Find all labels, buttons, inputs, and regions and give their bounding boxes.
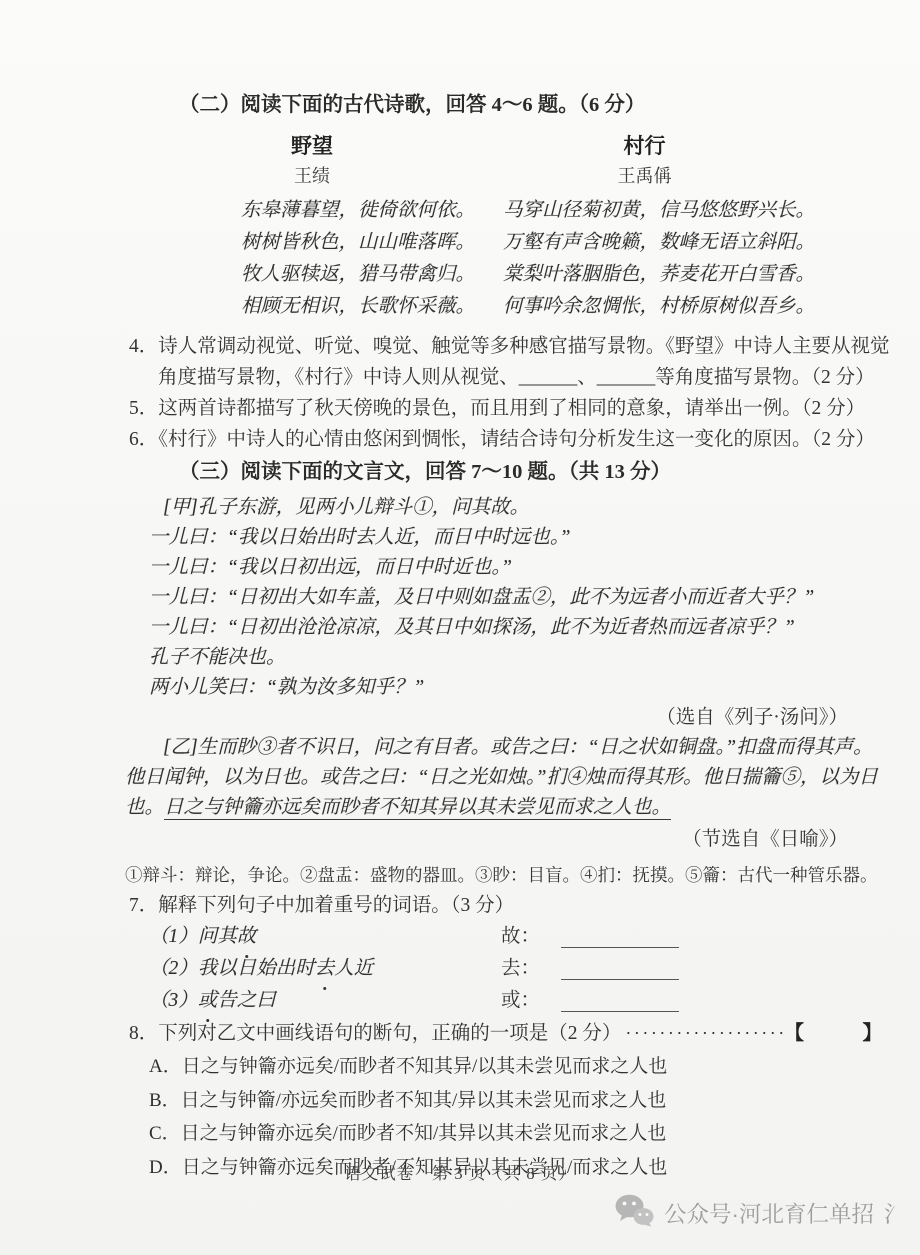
q7-answer-blank [561,923,679,948]
poem-line: 马穿山径菊初黄，信马悠悠野兴长。 [503,195,882,227]
passage-jia-line: 一儿曰：“日初出沧沧凉凉，及其日中如探汤，此不为近者热而远者凉乎？” [149,613,882,643]
question-8-stem: 8．下列对乙文中画线语句的断句，正确的一项是（2 分） [129,1018,621,1050]
q7-term-label: 故： [501,921,561,953]
q7-phrase-post: 告之曰 [217,990,276,1011]
question-8: 8．下列对乙文中画线语句的断句，正确的一项是（2 分） ············… [129,1017,882,1050]
poem-line: 棠梨叶落胭脂色，荞麦花开白雪香。 [503,259,882,291]
q7-term-label: 去： [501,953,561,985]
poem-author: 王禹偁 [503,164,882,188]
q8-option-b: B．日之与钟籥/亦远矣而眇者不知其/异以其未尝见而求之人也 [149,1084,882,1118]
q7-emphasized-char: 故 [237,921,257,953]
q7-item-phrase: （2）我以日始出时去人近 [149,953,501,985]
passage-jia-line: 一儿曰：“我以日始出时去人近，而日中时远也。” [149,523,882,553]
wechat-icon [614,1193,654,1233]
q8-answer-bracket: 【 】 [784,1018,882,1050]
passage-jia-line: 两小儿笑曰：“孰为汝多知乎？” [149,673,882,703]
passage-yi-line-1: [乙]生而眇③者不识日，问之有目者。或告之曰：“日之状如铜盘。”扣盘而得其声。 [125,733,882,763]
passage-yi-line-2: 他日闻钟，以为日也。或告之曰：“日之光如烛。”扪④烛而得其形。他日揣籥⑤，以为日 [125,763,882,793]
q7-item-number: （2） [149,958,198,979]
passage-yi-source: （节选自《日喻》） [125,823,882,857]
q7-item-phrase: （1）问其故 [149,921,501,953]
poem-line: 相顾无相识，长歌怀采薇。 [241,291,469,323]
page-footer: 语文试卷 第 3 页（共 8 页） [0,1160,920,1184]
question-4-line-1: 4．诗人常调动视觉、听觉、嗅觉、触觉等多种感官描写景物。《野望》中诗人主要从视觉 [129,331,882,362]
watermark: 公众号·河北育仁单招 氵 [614,1193,920,1233]
poem-line: 何事吟余忽惆怅，村桥原树似吾乡。 [503,291,882,323]
q8-option-c: C．日之与钟籥亦远矣/而眇者不知/其异以其未尝见而求之人也 [149,1117,882,1151]
q7-term-label: 或： [501,985,561,1017]
question-5: 5．这两首诗都描写了秋天傍晚的景色，而且用到了相同的意象，请举出一例。（2 分） [129,393,882,424]
passage-jia-line: 一儿曰：“我以日初出远，而日中时近也。” [149,553,882,583]
poem-line: 万壑有声含晚籁，数峰无语立斜阳。 [503,227,882,259]
q7-item-2: （2）我以日始出时去人近 去： [149,953,882,985]
q7-item-3: （3）或告之曰 或： [149,985,882,1017]
q7-emphasized-char: 或 [198,985,218,1017]
q7-phrase-pre: 我以日始出时 [198,958,315,979]
poem-cunxing: 村行 王禹偁 马穿山径菊初黄，信马悠悠野兴长。 万壑有声含晚籁，数峰无语立斜阳。… [503,132,882,323]
question-6: 6．《村行》中诗人的心情由悠闲到惆怅，请结合诗句分析发生这一变化的原因。（2 分… [129,424,882,455]
underlined-clause: 日之与钟籥亦远矣而眇者不知其异以其未尝见而求之人也。 [164,797,671,820]
question-4-line-2: 角度描写景物，《村行》中诗人则从视觉、______、______等角度描写景物。… [158,362,882,393]
poem-title: 野望 [241,132,469,160]
watermark-clipped-char: 氵 [884,1197,900,1229]
section-2-header: （二）阅读下面的古代诗歌，回答 4～6 题。（6 分） [179,90,882,120]
exam-page: （二）阅读下面的古代诗歌，回答 4～6 题。（6 分） 野望 王绩 东皋薄暮望，… [0,0,920,1255]
q7-answer-blank [561,987,679,1012]
question-7-stem: 7．解释下列句子中加着重号的词语。（3 分） [129,890,882,921]
poem-line: 牧人驱犊返，猎马带禽归。 [241,259,469,291]
poem-line: 树树皆秋色，山山唯落晖。 [241,227,469,259]
passage-jia-source: （选自《列子·汤问》） [125,703,882,733]
section-3-header: （三）阅读下面的文言文，回答 7～10 题。（共 13 分） [179,457,882,487]
poems-block: 野望 王绩 东皋薄暮望，徙倚欲何依。 树树皆秋色，山山唯落晖。 牧人驱犊返，猎马… [125,132,882,323]
q7-phrase-pre: 问其 [198,926,237,947]
passage-jia-line: [甲]孔子东游，见两小儿辩斗①，问其故。 [125,493,882,523]
poem-title: 村行 [503,132,882,160]
passage-jia-line: 孔子不能决也。 [149,643,882,673]
watermark-label: 公众号·河北育仁单招 [664,1197,874,1229]
passage-jia-line: 一儿曰：“日初出大如车盖，及日中则如盘盂②，此不为远者小而近者大乎？” [149,583,882,613]
q8-option-a: A．日之与钟籥亦远矣/而眇者不知其异/以其未尝见而求之人也 [149,1050,882,1084]
footnotes-line: ①辩斗：辩论，争论。②盘盂：盛物的器皿。③眇：目盲。④扪：抚摸。⑤籥：古代一种管… [125,860,882,890]
q7-item-number: （3） [149,990,198,1011]
page-content: （二）阅读下面的古代诗歌，回答 4～6 题。（6 分） 野望 王绩 东皋薄暮望，… [125,90,882,1184]
passage-yi-line-3: 也。日之与钟籥亦远矣而眇者不知其异以其未尝见而求之人也。 [125,793,882,823]
q8-dotted-leader: ······································· [621,1017,784,1049]
poem-yewang: 野望 王绩 东皋薄暮望，徙倚欲何依。 树树皆秋色，山山唯落晖。 牧人驱犊返，猎马… [241,132,469,323]
yi-line-3-plain: 也。 [125,797,164,818]
q7-item-number: （1） [149,926,198,947]
q7-item-1: （1）问其故 故： [149,921,882,953]
q7-phrase-post: 人近 [334,958,373,979]
poem-author: 王绩 [241,164,469,188]
q7-answer-blank [561,955,679,980]
poem-line: 东皋薄暮望，徙倚欲何依。 [241,195,469,227]
q7-emphasized-char: 去 [315,953,335,985]
